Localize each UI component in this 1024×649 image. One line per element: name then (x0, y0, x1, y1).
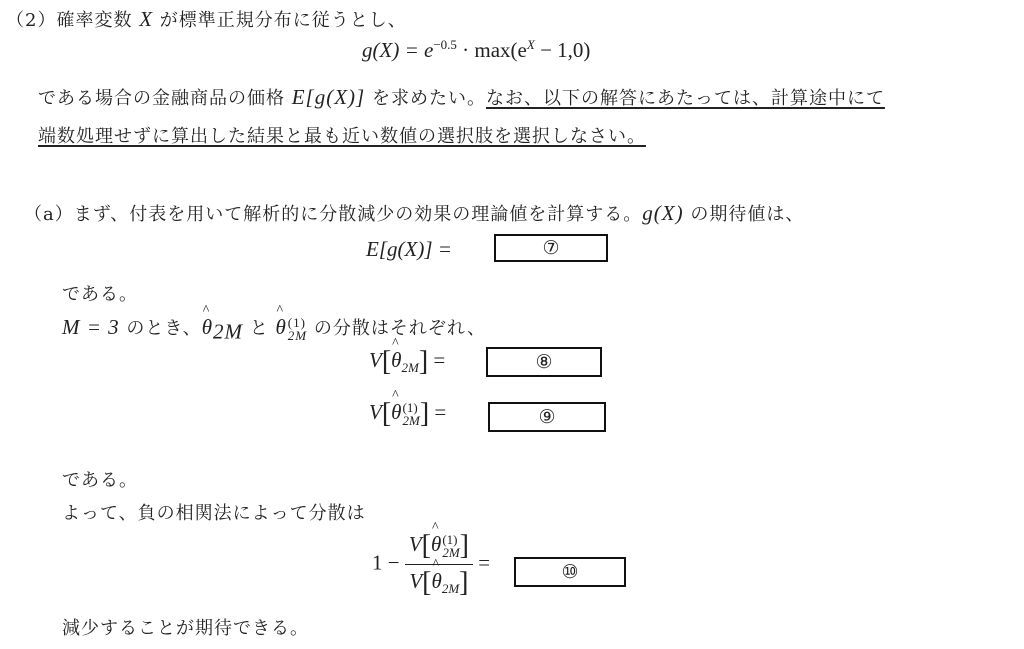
dearu-1: である。 (62, 280, 138, 306)
eq10-lhs: 1 − V[θ(1)2M] V[θ2M] = (372, 530, 490, 599)
answer-box-10[interactable]: ⑩ (514, 557, 626, 587)
blank-10-label: ⑩ (561, 561, 578, 583)
blank-8-label: ⑧ (535, 351, 552, 373)
instruction-underlined-cont: 端数処理せずに算出した結果と最も近い数値の選択肢を選択しなさい。 (38, 122, 646, 148)
problem-intro: （2）確率変数 X が標準正規分布に従うとし、 (6, 6, 407, 32)
variable-x: X (139, 7, 153, 31)
answer-box-8[interactable]: ⑧ (486, 347, 602, 377)
eq9-lhs: V[θ(1)2M] = (369, 398, 446, 430)
instruction-underlined: なお、以下の解答にあたっては、計算途中にて (486, 88, 885, 109)
blank-7-label: ⑦ (542, 237, 559, 259)
formula-g: g(X) = e−0.5 · max(eX − 1,0) (362, 37, 590, 63)
variance-ratio-fraction: V[θ(1)2M] V[θ2M] (405, 530, 473, 599)
problem-line2: である場合の金融商品の価格 E[g(X)] を求めたい。なお、以下の解答にあたっ… (38, 84, 885, 110)
answer-box-9[interactable]: ⑨ (488, 402, 606, 432)
blank-9-label: ⑨ (538, 406, 555, 428)
m-line: M = 3 のとき、θ2M と θ(1)2M の分散はそれぞれ、 (62, 314, 486, 345)
part-a-intro: （a）まず、付表を用いて解析的に分散減少の効果の理論値を計算する。g(X) の期… (24, 200, 804, 226)
dearu-2: である。 (62, 466, 138, 492)
yotte-line: よって、負の相関法によって分散は (62, 499, 366, 525)
answer-box-7[interactable]: ⑦ (494, 234, 608, 262)
conclusion: 減少することが期待できる。 (62, 614, 309, 640)
eq7-lhs: E[g(X)] = (366, 237, 452, 262)
eq8-lhs: V[θ2M] = (369, 346, 445, 378)
